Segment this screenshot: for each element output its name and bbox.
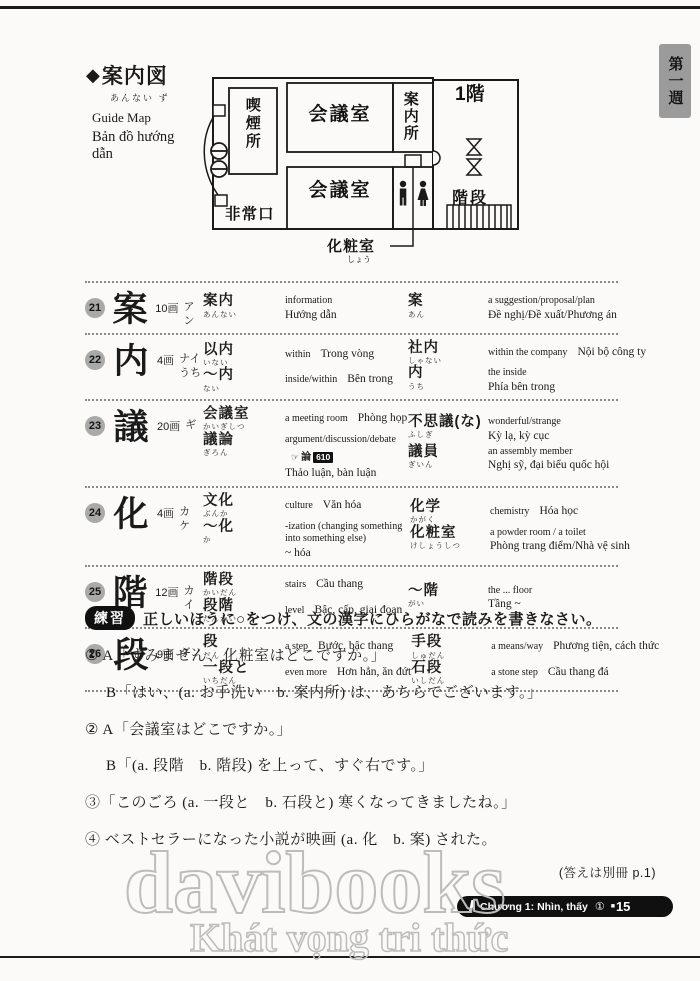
kanji-row: 24化4画カケ文化ぶんかcultureVăn hóa〜化か-ization (c…: [85, 486, 618, 565]
vocab-word-block: 案内あんない: [203, 294, 285, 318]
vocab-meaning: the insidePhía bên trong: [488, 366, 555, 394]
week-tab-label: 第一週: [665, 56, 686, 107]
vocab-furigana: いない: [203, 359, 285, 367]
vocab-word-block: 〜階がい: [408, 584, 488, 608]
chapter-footer: Chương 1: Nhìn, thấy ① ■ 15: [457, 896, 673, 917]
vocab-word-block: 階段かいだん: [203, 573, 285, 597]
vocab-entry: 議員ぎいんan assembly memberNghị sỹ, đại biểu…: [408, 445, 618, 473]
vocab-meaning: cultureVăn hóa: [285, 494, 361, 513]
meaning-vn: Văn hóa: [323, 499, 362, 511]
word-column: 化学かがくchemistryHóa học化粧室けしょうしつa powder r…: [410, 493, 630, 561]
pill-divider: [469, 900, 475, 913]
guide-title-en: Guide Map: [92, 110, 196, 126]
week-tab: 第一週: [659, 44, 691, 118]
practice-instruction: 正しいほうに○をつけ、文の漢字にひらがなで読みを書きなさい。: [143, 608, 601, 629]
meaning-vn: Bên trong: [347, 373, 393, 385]
word-column: 案あんa suggestion/proposal/planĐề nghị/Đề …: [408, 288, 618, 329]
meaning-vn: Phòng họp: [358, 412, 408, 424]
guide-title-furigana: あんない ず: [110, 91, 196, 104]
floor-plan: 喫煙所 会議室 案内所 1階 非常口 会議室 階段 化粧室 しょう: [185, 55, 525, 270]
vocab-furigana: ぶんか: [203, 510, 285, 518]
vocab-entry: 会議室かいぎしつa meeting roomPhòng họp: [203, 407, 408, 431]
vocab-meaning: inside/withinBên trong: [285, 368, 393, 387]
meaning-vn: Phòng trang điểm/Nhà vệ sinh: [490, 539, 630, 553]
kanji-reading: うち: [179, 366, 201, 380]
entry-number-badge: 24: [85, 503, 105, 523]
practice-line: ① A「すみません、化粧室はどこですか。」: [85, 646, 630, 668]
vocab-word-block: 以内いない: [203, 343, 285, 367]
vocab-word: 内: [408, 366, 488, 381]
meaning-en: within: [285, 349, 311, 360]
vocab-word-block: 社内しゃない: [408, 341, 488, 365]
vocab-word: 議員: [408, 445, 488, 460]
practice-header: 練習 正しいほうに○をつけ、文の漢字にひらがなで読みを書きなさい。: [85, 606, 630, 630]
stroke-count: 4画: [157, 505, 174, 534]
vocab-furigana: かいぎしつ: [203, 423, 285, 431]
kanji-reading: ケ: [179, 519, 190, 533]
meaning-vn: Nghị sỹ, đại biểu quốc hội: [488, 458, 609, 472]
vocab-word-block: 不思議(な)ふしぎ: [408, 415, 488, 439]
vocab-meaning: within the companyNội bộ công ty: [488, 341, 646, 360]
kanji-info: 10画アン: [155, 292, 203, 329]
chapter-title: Chương 1: Nhìn, thấy: [480, 901, 588, 913]
door-square: [215, 195, 227, 206]
meaning-vn: Đề nghị/Đề xuất/Phương án: [488, 308, 617, 322]
vocab-word: 文化: [203, 494, 285, 509]
hourglass-symbol: [467, 139, 481, 155]
vocab-furigana: ぎいん: [408, 461, 488, 469]
vocab-entry: 〜内ないinside/withinBên trong: [203, 368, 408, 392]
vocab-furigana: かがく: [410, 516, 490, 524]
meaning-vn: ~ hóa: [285, 546, 410, 560]
entry-number-badge: 22: [85, 350, 105, 370]
kanji-glyph: 化: [110, 497, 152, 532]
practice-item: ③「このごろ (a. 一段と b. 石段と) 寒くなってきましたね。」: [85, 793, 630, 815]
stairs-hatch: [447, 205, 511, 229]
word-column: 会議室かいぎしつa meeting roomPhòng họp議論ぎろんargu…: [203, 406, 408, 482]
meaning-en: culture: [285, 500, 313, 511]
vocab-furigana: あんない: [203, 311, 285, 319]
guide-title-vi: Bản đồ hướng dẫn: [92, 129, 196, 163]
vocab-furigana: か: [203, 536, 285, 544]
meaning-en: argument/discussion/debate: [285, 434, 396, 447]
vocab-meaning: informationHướng dẫn: [285, 294, 337, 322]
room-label-info: 案内所: [402, 91, 418, 142]
meaning-en: within the company: [488, 347, 567, 358]
kanji-reading: アン: [184, 300, 204, 329]
meaning-vn: Cầu thang: [316, 578, 363, 590]
vocab-word: 会議室: [203, 407, 285, 422]
vocab-word: 化粧室: [410, 526, 490, 541]
vocab-meaning: wonderful/strangeKỳ lạ, kỳ cục: [488, 415, 561, 443]
kanji-readings: アン: [184, 300, 204, 329]
kanji-reading: ギ: [185, 418, 196, 432]
meaning-en: a meeting room: [285, 413, 348, 424]
page-number-value: 15: [616, 899, 630, 914]
room-label-smoking: 喫煙所: [244, 97, 260, 151]
kanji-id-cell: 23議20画ギ: [85, 406, 203, 482]
kanji-readings: ギ: [185, 418, 196, 434]
kanji-glyph: 議: [110, 410, 152, 445]
label-emergency-exit: 非常口: [225, 207, 275, 223]
stroke-count: 20画: [157, 418, 180, 434]
vocab-entry: 案あんa suggestion/proposal/planĐề nghị/Đề …: [408, 294, 618, 322]
meaning-vn: Thảo luận, bàn luận: [285, 466, 396, 480]
vocab-furigana: けしょうしつ: [410, 542, 490, 550]
man-icon: [400, 181, 407, 206]
vocab-word: 以内: [203, 343, 285, 358]
guide-map-header: ◆ 案内図 あんない ず Guide Map Bản đồ hướng dẫn: [86, 60, 196, 163]
vocab-word-block: 化粧室けしょうしつ: [410, 526, 490, 550]
meaning-en: chemistry: [490, 506, 529, 517]
answer-note: (答えは別冊 p.1): [559, 863, 656, 881]
meaning-vn: Hướng dẫn: [285, 308, 337, 322]
vocab-entry: 案内あんないinformationHướng dẫn: [203, 294, 408, 322]
vocab-word-block: 議論ぎろん: [203, 433, 285, 457]
kanji-info: 20画ギ: [157, 410, 196, 434]
practice-item: ② A「会議室はどこですか。」B「(a. 段階 b. 階段) を上って、すぐ右で…: [85, 720, 630, 779]
vocab-word-block: 案あん: [408, 294, 488, 318]
kanji-id-cell: 21案10画アン: [85, 288, 203, 329]
textbook-page: 第一週 ◆ 案内図 あんない ず Guide Map Bản đồ hướng …: [0, 0, 700, 981]
vocab-entry: 社内しゃないwithin the companyNội bộ công ty: [408, 341, 646, 365]
meaning-en: an assembly member: [488, 446, 609, 459]
guide-map-title: ◆ 案内図: [86, 60, 196, 90]
vocab-meaning: withinTrong vòng: [285, 343, 374, 362]
vocab-word: 化学: [410, 500, 490, 515]
vocab-meaning: argument/discussion/debate☞論610Thảo luận…: [285, 433, 396, 481]
vocab-entry: 以内いないwithinTrong vòng: [203, 343, 408, 367]
kanji-reading: ナイ: [179, 352, 201, 366]
kanji-reading: カ: [179, 505, 190, 519]
entry-number-badge: 21: [85, 298, 105, 318]
label-stairs: 階段: [452, 191, 488, 208]
door-arc: [433, 151, 440, 165]
meaning-en: inside/within: [285, 374, 337, 385]
kanji-id-cell: 22内4画ナイうち: [85, 340, 203, 396]
chapter-number-circle: ①: [595, 900, 605, 913]
hourglass-symbol: [467, 159, 481, 175]
word-column: 以内いないwithinTrong vòng〜内ないinside/withinBê…: [203, 340, 408, 396]
vocab-entry: 内うちthe insidePhía bên trong: [408, 366, 646, 394]
meaning-vn: Trong vòng: [321, 348, 375, 360]
meaning-en: stairs: [285, 579, 306, 590]
watermark-slogan: Khát vọng tri thức: [190, 918, 508, 958]
kanji-info: 4画カケ: [157, 497, 190, 534]
vocab-meaning: stairsCầu thang: [285, 573, 363, 592]
meaning-vn: Kỳ lạ, kỳ cục: [488, 429, 561, 443]
kanji-row: 23議20画ギ会議室かいぎしつa meeting roomPhòng họp議論…: [85, 399, 618, 486]
vocab-word-block: 会議室かいぎしつ: [203, 407, 285, 431]
vocab-entry: 階段かいだんstairsCầu thang: [203, 573, 408, 597]
vocab-furigana: あん: [408, 311, 488, 319]
vocab-word: 社内: [408, 341, 488, 356]
vocab-meaning: -ization (changing something into someth…: [285, 520, 410, 560]
vocab-word: 〜化: [203, 520, 285, 535]
practice-section: 練習 正しいほうに○をつけ、文の漢字にひらがなで読みを書きなさい。 ① A「すみ…: [85, 606, 630, 867]
word-column: 不思議(な)ふしぎwonderful/strangeKỳ lạ, kỳ cục議…: [408, 406, 618, 482]
woman-icon: [418, 181, 429, 206]
practice-item: ① A「すみません、化粧室はどこですか。」B「はい、(a. お手洗い b. 案内…: [85, 646, 630, 705]
word-column: 案内あんないinformationHướng dẫn: [203, 288, 408, 329]
vocab-furigana: ぎろん: [203, 449, 285, 457]
vocab-furigana: しゃない: [408, 357, 488, 365]
cross-reference: ☞論610: [291, 447, 333, 464]
top-rule: [0, 6, 700, 9]
vocab-word: 案内: [203, 294, 285, 309]
meaning-en: wonderful/strange: [488, 416, 561, 429]
meaning-en: the ... floor: [488, 585, 532, 598]
stroke-count: 4画: [157, 352, 174, 381]
practice-badge: 練習: [85, 606, 135, 630]
vocab-word-block: 〜内ない: [203, 368, 285, 392]
page-number: ■ 15: [611, 899, 631, 914]
vocab-meaning: chemistryHóa học: [490, 500, 578, 519]
room-label-meeting-bottom: 会議室: [287, 181, 393, 201]
vocab-word: 不思議(な): [408, 415, 488, 430]
vocab-entry: 化学かがくchemistryHóa học: [410, 500, 630, 524]
pointer-icon: ☞: [291, 452, 299, 462]
reference-number: 610: [313, 452, 333, 463]
vocab-meaning: a suggestion/proposal/planĐề nghị/Đề xuấ…: [488, 294, 617, 322]
restroom-label-connector: [390, 229, 413, 246]
vocab-word: 〜内: [203, 368, 285, 383]
vocab-furigana: うち: [408, 383, 488, 391]
meaning-en: the inside: [488, 367, 555, 380]
practice-line: B「はい、(a. お手洗い b. 案内所) は、あちらでございます。」: [106, 683, 630, 705]
door-square: [213, 105, 225, 116]
vocab-word-block: 〜化か: [203, 520, 285, 544]
practice-items: ① A「すみません、化粧室はどこですか。」B「はい、(a. お手洗い b. 案内…: [85, 646, 630, 852]
kanji-row: 22内4画ナイうち以内いないwithinTrong vòng〜内ないinside…: [85, 333, 618, 400]
meaning-en: a suggestion/proposal/plan: [488, 295, 617, 308]
vocab-entry: 不思議(な)ふしぎwonderful/strangeKỳ lạ, kỳ cục: [408, 415, 618, 443]
kanji-glyph: 内: [110, 344, 152, 379]
practice-line: ④ ベストセラーになった小説が映画 (a. 化 b. 案) された。: [85, 830, 630, 852]
vocab-word: 案: [408, 294, 488, 309]
vocab-word: 議論: [203, 433, 285, 448]
meaning-en: -ization (changing something into someth…: [285, 521, 410, 546]
meaning-en: a powder room / a toilet: [490, 527, 630, 540]
practice-line: ② A「会議室はどこですか。」: [85, 720, 630, 742]
vocab-entry: 〜化か-ization (changing something into som…: [203, 520, 410, 560]
meaning-en: information: [285, 295, 337, 308]
kanji-row: 21案10画アン案内あんないinformationHướng dẫn案あんa s…: [85, 283, 618, 333]
practice-line: ③「このごろ (a. 一段と b. 石段と) 寒くなってきましたね。」: [85, 793, 630, 815]
reference-kanji: 論: [301, 452, 311, 463]
vocab-entry: 議論ぎろんargument/discussion/debate☞論610Thảo…: [203, 433, 408, 481]
room-label-meeting-top: 会議室: [287, 105, 393, 125]
vocab-meaning: a powder room / a toiletPhòng trang điểm…: [490, 526, 630, 554]
diamond-icon: ◆: [86, 66, 100, 84]
practice-item: ④ ベストセラーになった小説が映画 (a. 化 b. 案) された。: [85, 830, 630, 852]
vocab-meaning: an assembly memberNghị sỹ, đại biểu quốc…: [488, 445, 609, 473]
label-restroom-furigana: しょう: [347, 256, 371, 264]
kanji-glyph: 案: [110, 292, 150, 327]
practice-line: B「(a. 段階 b. 階段) を上って、すぐ右です。」: [106, 756, 630, 778]
vocab-furigana: ない: [203, 385, 285, 393]
vocab-word: 階段: [203, 573, 285, 588]
kanji-readings: ナイうち: [179, 352, 201, 381]
meaning-vn: Hóa học: [539, 505, 578, 517]
vocab-word-block: 内うち: [408, 366, 488, 390]
vocab-entry: 化粧室けしょうしつa powder room / a toiletPhòng t…: [410, 526, 630, 554]
stroke-count: 10画: [155, 300, 178, 329]
entry-number-badge: 25: [85, 582, 105, 602]
label-floor1: 1階: [455, 85, 485, 105]
vocab-word-block: 化学かがく: [410, 500, 490, 524]
kanji-info: 4画ナイうち: [157, 344, 201, 381]
word-column: 文化ぶんかcultureVăn hóa〜化か-ization (changing…: [203, 493, 410, 561]
restroom-cistern: [405, 155, 421, 167]
vocab-word-block: 議員ぎいん: [408, 445, 488, 469]
bottom-rule: [0, 956, 700, 958]
vocab-furigana: かいだん: [203, 589, 285, 597]
vocab-word-block: 文化ぶんか: [203, 494, 285, 518]
word-column: 社内しゃないwithin the companyNội bộ công ty内う…: [408, 340, 646, 396]
square-icon: ■: [611, 903, 615, 910]
guide-title-kanji: 案内図: [102, 60, 168, 90]
label-restroom: 化粧室: [327, 239, 375, 255]
vocab-meaning: a meeting roomPhòng họp: [285, 407, 407, 426]
kanji-id-cell: 24化4画カケ: [85, 493, 203, 561]
kanji-readings: カケ: [179, 505, 190, 534]
vocab-furigana: ふしぎ: [408, 431, 488, 439]
meaning-vn: Phía bên trong: [488, 380, 555, 394]
entry-number-badge: 23: [85, 416, 105, 436]
vocab-entry: 文化ぶんかcultureVăn hóa: [203, 494, 410, 518]
meaning-vn: Nội bộ công ty: [577, 346, 646, 358]
vocab-word: 〜階: [408, 584, 488, 599]
